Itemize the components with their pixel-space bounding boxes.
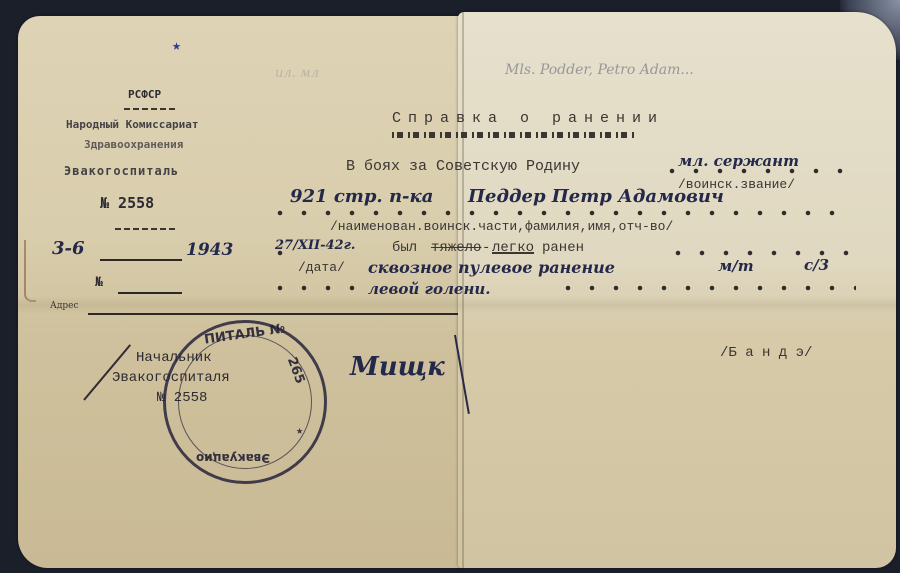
body-wound-limb: левой голени. [368,280,491,298]
header-commissariat-1: Народный Комиссариат [66,118,198,131]
red-star-icon: ★ [172,36,181,55]
pencil-note-right: Mls. Podder, Petro Adam... [505,62,694,78]
header-republic: РСФСР [128,88,161,101]
number-underline [118,292,182,294]
body-dash: - [482,240,490,256]
header-number: № 2558 [100,194,154,212]
title-underline [392,132,637,138]
horizontal-fold [18,296,896,314]
body-wound-type: сквозное пулевое ранение [368,258,615,277]
body-wound-location: м/т [718,257,754,275]
body-soldier-name: Педдер Петр Адамович [468,186,724,207]
header-institution: Эвакогоспиталь [64,164,179,178]
dots-row-2 [268,210,848,216]
dots-row-1 [660,168,860,174]
date-underline [100,259,182,261]
body-severe-struck: тяжело [431,240,481,256]
handwritten-signature: Мищк [350,352,445,382]
stamp-star-icon: ★ [296,423,303,438]
dots-row-3-left [268,250,288,256]
edge-stain [24,240,36,302]
dots-row-4 [268,285,364,291]
header-number-label: № [95,275,103,290]
header-date-day: 3-6 [52,238,85,259]
official-round-stamp: ПИТАЛЬ № 265 Эвакуацио ★ [163,320,327,484]
header-date-year: 1943 [186,240,233,260]
stamp-inner-ring [178,335,312,469]
body-wound-fraction: с/3 [804,256,829,274]
body-unit: 921 стр. п-ка [290,186,433,207]
document-title: Справка о ранении [392,110,664,127]
signature-typed-name: /Б а н д э/ [720,345,812,361]
body-line1-typed: В боях за Советскую Родину [346,158,580,175]
name-caption: /наименован.воинск.части,фамилия,имя,отч… [330,219,673,234]
stamp-bottom-text: Эвакуацио [196,451,270,465]
header-address-label: Адрес [50,301,79,311]
header-commissariat-2: Здравоохранения [84,138,183,151]
header-divider [124,108,176,110]
address-underline [88,313,458,315]
header-number-divider [115,228,175,230]
pencil-note-left: ил. мл [275,66,319,81]
dots-row-4-right [556,285,856,291]
date-caption: /дата/ [298,260,345,275]
body-was: был [392,240,417,256]
body-light-underlined: легко [492,240,534,256]
body-wounded: ранен [542,240,584,256]
